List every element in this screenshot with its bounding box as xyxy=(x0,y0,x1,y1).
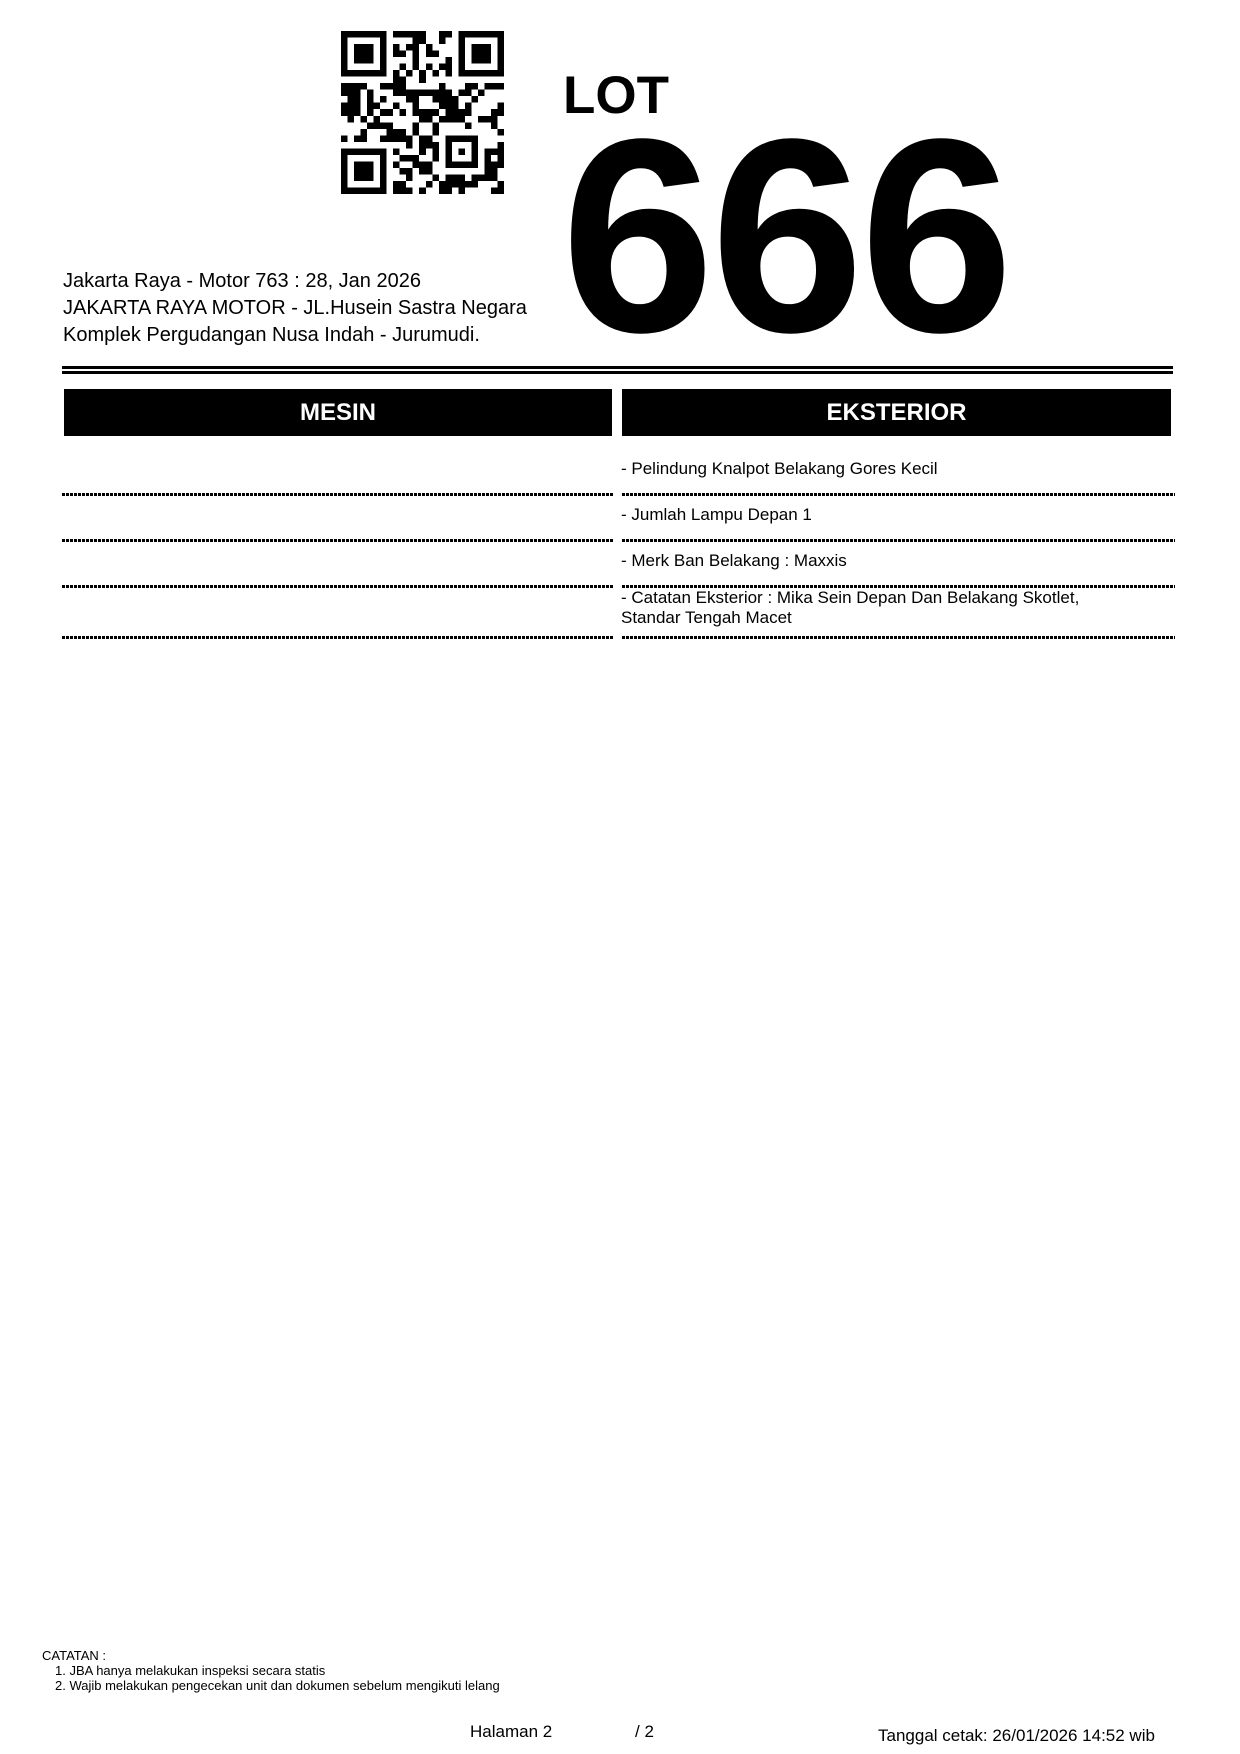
row-separator xyxy=(622,539,1175,542)
page-total: / 2 xyxy=(635,1722,654,1742)
row-separator xyxy=(622,636,1175,639)
page-label: Halaman 2 xyxy=(470,1722,552,1742)
row-separator xyxy=(62,539,614,542)
header-divider-top xyxy=(62,366,1173,369)
lot-number: 666 xyxy=(561,98,1010,374)
row-separator xyxy=(62,585,614,588)
eksterior-row-line: Standar Tengah Macet xyxy=(621,608,1079,628)
eksterior-row: - Jumlah Lampu Depan 1 xyxy=(621,505,812,525)
auction-address-line-2: Komplek Pergudangan Nusa Indah - Jurumud… xyxy=(63,322,527,349)
section-header-mesin: MESIN xyxy=(64,389,612,436)
eksterior-row-line: - Catatan Eksterior : Mika Sein Depan Da… xyxy=(621,588,1079,608)
section-header-eksterior: EKSTERIOR xyxy=(622,389,1171,436)
header-divider-bottom xyxy=(62,371,1173,374)
row-separator xyxy=(622,493,1175,496)
row-separator xyxy=(62,493,614,496)
notes-title: CATATAN : xyxy=(42,1648,500,1663)
row-separator xyxy=(62,636,614,639)
note-item: 1. JBA hanya melakukan inspeksi secara s… xyxy=(42,1663,500,1678)
eksterior-row: - Merk Ban Belakang : Maxxis xyxy=(621,551,847,571)
print-date: Tanggal cetak: 26/01/2026 14:52 wib xyxy=(878,1726,1155,1746)
note-item: 2. Wajib melakukan pengecekan unit dan d… xyxy=(42,1678,500,1693)
eksterior-row: - Pelindung Knalpot Belakang Gores Kecil xyxy=(621,459,938,479)
auction-address-line-1: JAKARTA RAYA MOTOR - JL.Husein Sastra Ne… xyxy=(63,295,527,322)
qr-code xyxy=(341,31,504,194)
eksterior-row: - Catatan Eksterior : Mika Sein Depan Da… xyxy=(621,588,1079,628)
auction-title: Jakarta Raya - Motor 763 : 28, Jan 2026 xyxy=(63,268,527,295)
notes: CATATAN : 1. JBA hanya melakukan inspeks… xyxy=(42,1648,500,1693)
auction-info: Jakarta Raya - Motor 763 : 28, Jan 2026 … xyxy=(63,268,527,349)
qr-code-icon xyxy=(341,31,504,194)
row-separator xyxy=(622,585,1175,588)
